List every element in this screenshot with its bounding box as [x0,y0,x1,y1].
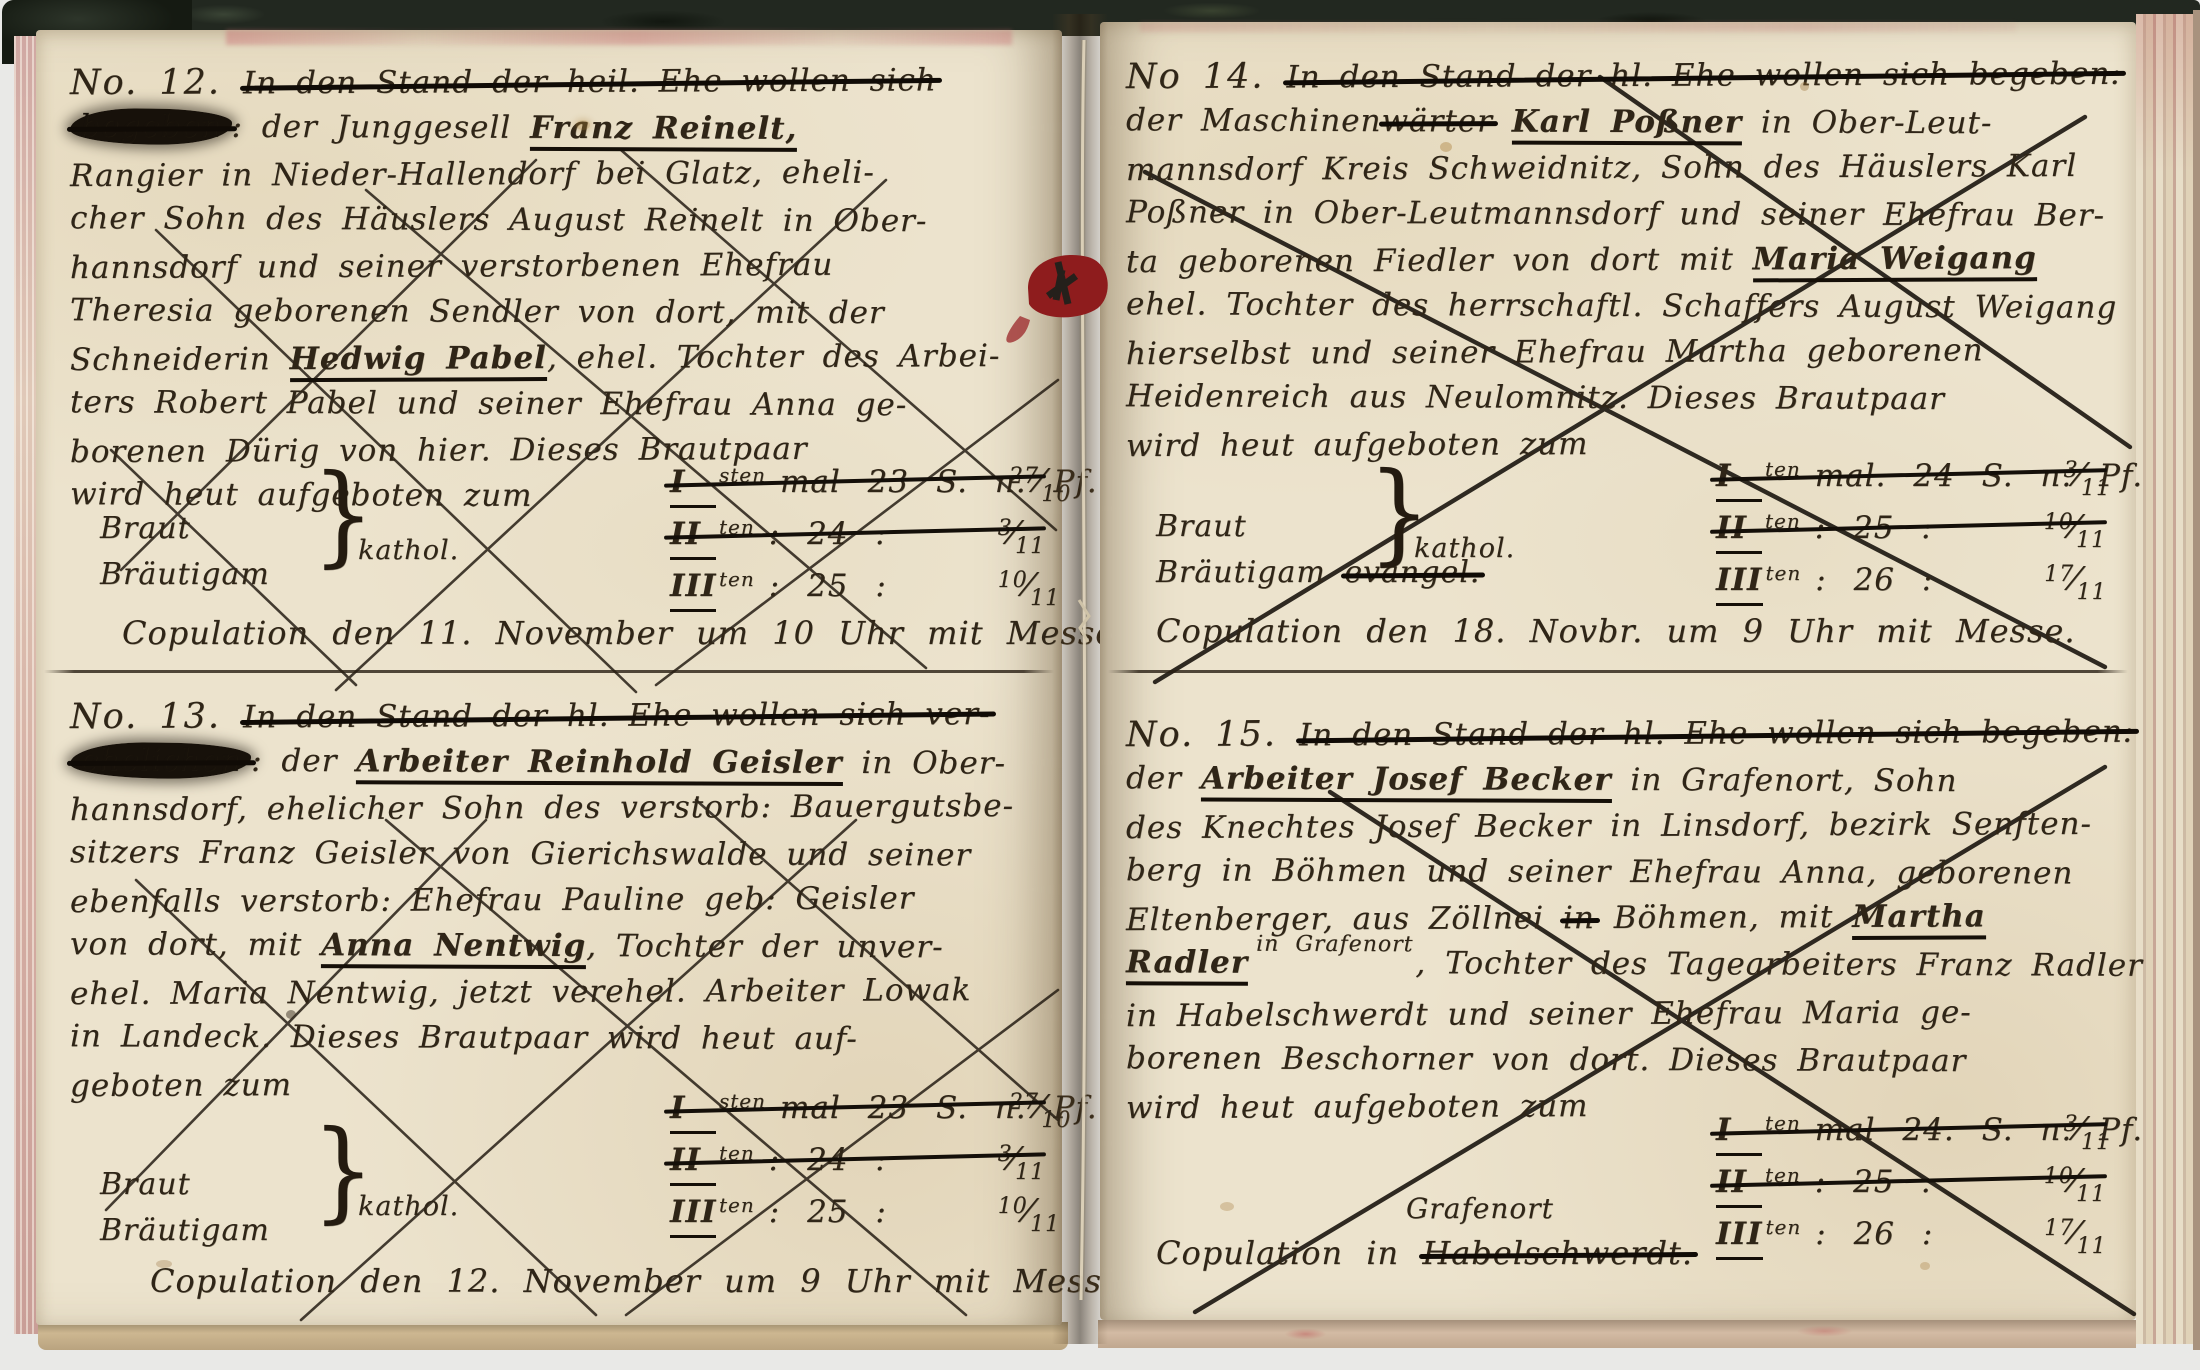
underlined-name: Arbeiter Reinhold Geisler [356,743,842,786]
confession-block: BrautBräutigam evangel.}kathol. [1156,504,1516,604]
struck-text: In den Stand der heil. Ehe wollen sich [243,62,937,101]
text-run: hierselbst und seiner Ehefrau Martha geb… [1126,332,1984,372]
banns-date: : 24 : [769,511,984,557]
manuscript-line: borenen Beschorner von dort. Dieses Brau… [1126,1035,2116,1084]
text-run: in Grafenort, Sohn [1612,762,1958,799]
text-run: ehel. Maria Nentwig, jetzt verehel. Arbe… [70,972,971,1012]
manuscript-line: ters Robert Pabel und seiner Ehefrau Ann… [70,379,1050,428]
register-entry-15: No. 15.In den Stand der hl. Ehe wollen s… [1126,710,2116,1310]
text-run: Theresia geborenen Sendler von dort, mit… [70,292,885,331]
banns-ordinal: sten [719,1078,766,1124]
text-run [1493,104,1512,140]
text-run: in Landeck. Dieses Brautpaar wird heut a… [70,1018,858,1057]
text-run: wird heut aufgeboten zum [1126,1088,1589,1126]
underlined-name: Radler [1126,944,1248,985]
banns-corrected-date: 10⁄11 [2044,504,2106,555]
banns-roman-numeral: I [1716,453,1762,502]
banns-date: : 26 : [1815,557,2030,603]
confession-block: BrautBräutigam}kathol. [100,506,460,606]
banns-ordinal: ten [1765,498,1801,544]
text-run: , Tochter der unver- [586,928,944,965]
entry-number: No. 15. [1126,715,1277,756]
fraction-denominator: 11 [2077,570,2107,616]
copulation-line: Copulation den 11. November um 10 Uhr mi… [122,610,1126,656]
copulation-place-correction: Grafenort [1406,1186,1554,1232]
text-run: sitzers Franz Geisler von Gierichswalde … [70,834,971,873]
text-run: ehel. Tochter des herrschaftl. Schaffers… [1126,286,2117,325]
text-run: cher Sohn des Häuslers August Reinelt in… [70,200,927,239]
fraction-numerator: 10 [2044,500,2074,546]
banns-row: IIten: 24 :3⁄11 [670,1136,1050,1182]
banns-corrected-date: 17⁄11 [2044,1210,2106,1261]
text-run: ebenfalls verstorb: Ehefrau Pauline geb:… [70,880,915,920]
fraction-numerator: 17 [2044,552,2074,598]
banns-dates-table: Istenmal 23 S. n. Pf.27⁄10IIten: 24 :3⁄1… [670,458,1050,608]
underlined-name: Maria Weigang [1753,240,2037,282]
manuscript-line: in Habelschwerdt und seiner Ehefrau Mari… [1126,989,2116,1039]
manuscript-line: ebenfalls verstorb: Ehefrau Pauline geb:… [70,875,1050,925]
text-run: , ehel. Tochter des Arbei- [547,338,1001,376]
banns-corrected-date: 3⁄11 [2064,1106,2111,1157]
underlined-name: Anna Nentwig [321,927,586,969]
manuscript-line: ehelichen: der Arbeiter Reinhold Geisler… [70,737,1050,786]
text-run: ters Robert Pabel und seiner Ehefrau Ann… [70,384,907,423]
text-run: hannsdorf und seiner verstorbenen Ehefra… [70,247,833,286]
banns-date: : 24 : [769,1137,984,1183]
manuscript-line: mannsdorf Kreis Schweidnitz, Sohn des Hä… [1126,143,2116,193]
text-run: , Tochter des Tagearbeiters Franz Radler [1415,945,2143,984]
register-entry-12: No. 12.In den Stand der heil. Ehe wollen… [70,58,1050,662]
entry-number: No 14. [1126,57,1265,98]
banns-ordinal: ten [1765,1100,1801,1146]
right-page: No 14.In den Stand der hl. Ehe wollen si… [1100,22,2136,1320]
struck-text: In den Stand der hl. Ehe wollen sich ver… [243,696,991,735]
manuscript-line: hannsdorf und seiner verstorbenen Ehefra… [70,241,1050,291]
banns-row: IIIten: 25 :10⁄11 [670,562,1050,608]
entry-number: No. 13. [70,696,221,737]
entry-divider [1108,670,2128,673]
banns-corrected-date: 10⁄11 [2044,1158,2106,1209]
bride-label: Braut [1156,504,1247,550]
banns-row: IIIten: 25 :10⁄11 [670,1188,1050,1234]
banns-date: mal. 24 S. n. Pf. [1815,453,2050,499]
manuscript-line: der Arbeiter Josef Becker in Grafenort, … [1126,755,2116,804]
text-run: in Grafenort [1256,922,1414,969]
fraction-numerator: 27 [1009,454,1039,500]
copulation-line: Copulation den 18. Novbr. um 9 Uhr mit M… [1156,608,2075,654]
banns-ordinal: ten [1766,1204,1802,1250]
binding-gutter [1052,14,1108,1344]
fraction-numerator: 3 [998,1132,1013,1178]
banns-corrected-date: 17⁄11 [2044,556,2106,607]
register-book-photo: No. 12.In den Stand der heil. Ehe wollen… [0,0,2200,1370]
banns-roman-numeral: II [670,511,716,560]
struck-text: Habelschwerdt. [1422,1234,1693,1272]
banns-row: IIIten: 26 :17⁄11 [1716,1210,2111,1256]
underlined-name: Hedwig Pabel [289,340,547,382]
struck-text: In den Stand der hl. Ehe wollen sich beg… [1299,714,2134,754]
manuscript-line: Schneiderin Hedwig Pabel, ehel. Tochter … [70,333,1050,383]
text-run: der Maschinen [1126,102,1382,139]
banns-date: : 25 : [769,1189,984,1235]
banns-roman-numeral: I [670,459,716,508]
banns-corrected-date: 3⁄11 [2064,452,2111,503]
text-run: : der [251,743,356,779]
manuscript-line: Radlerin Grafenort, Tochter des Tagearbe… [1126,939,2116,992]
banns-row: IIIten: 26 :17⁄11 [1716,556,2111,602]
struck-text: ehelichen [70,742,251,779]
fraction-denominator: 11 [2077,1224,2107,1270]
text-run: in Ober- [842,745,1006,782]
copulation-line: Copulation den 12. November um 9 Uhr mit… [150,1258,1122,1304]
banns-roman-numeral: II [670,1137,716,1186]
banns-roman-numeral: III [670,1189,716,1238]
manuscript-line: ehel. Maria Nentwig, jetzt verehel. Arbe… [70,967,1050,1017]
banns-ordinal: ten [719,504,755,550]
entry-number: No. 12. [70,62,221,103]
banns-date: : 26 : [1815,1211,2030,1257]
banns-corrected-date: 10⁄11 [998,562,1060,613]
banns-date: : 25 : [1815,1159,2030,1205]
manuscript-line: sitzers Franz Geisler von Gierichswalde … [70,829,1050,878]
register-entry-13: No. 13.In den Stand der hl. Ehe wollen s… [70,692,1050,1312]
manuscript-line: ehel. Tochter des herrschaftl. Schaffers… [1126,281,2116,330]
text-run: wird heut aufgeboten zum [1126,426,1589,464]
page-stack-right [2136,14,2200,1344]
text-run: : der Junggesell [231,109,530,146]
underlined-name: Arbeiter Josef Becker [1201,761,1612,803]
manuscript-line: begeben: der Junggesell Franz Reinelt, [70,103,1050,152]
banns-date: : 25 : [1815,505,2030,551]
text-run: Copulation den 12. November um 9 Uhr mit… [150,1262,1122,1300]
struck-text: In den Stand der hl. Ehe wollen sich beg… [1286,56,2121,96]
banns-ordinal: ten [719,556,755,602]
groom-label: Bräutigam [100,1208,270,1254]
text-run: des Knechtes Josef Becker in Linsdorf, b… [1126,806,2092,846]
page-stack-right-edge [2193,10,2200,1350]
banns-roman-numeral: I [1716,1107,1762,1156]
manuscript-line: hannsdorf, ehelicher Sohn des verstorb: … [70,783,1050,833]
banns-dates-table: Istenmal 23 S. n. Pf.27⁄10IIten: 24 :3⁄1… [670,1084,1050,1234]
manuscript-line: ta geborenen Fiedler von dort mit Maria … [1126,235,2116,285]
banns-roman-numeral: II [1716,1159,1762,1208]
underlined-name: Martha [1852,898,1986,940]
banns-date: mal 24. S. n. Pf. [1815,1107,2050,1153]
groom-label: Bräutigam [100,552,270,598]
banns-roman-numeral: I [670,1085,716,1134]
banns-row: IIten: 25 :10⁄11 [1716,1158,2111,1204]
banns-dates-table: Itenmal 24. S. n. Pf.3⁄11IIten: 25 :10⁄1… [1716,1106,2111,1256]
manuscript-line: Heidenreich aus Neulomnitz. Dieses Braut… [1126,373,2116,422]
banns-dates-table: Itenmal. 24 S. n. Pf.3⁄11IIten: 25 :10⁄1… [1716,452,2111,602]
manuscript-line: Poßner in Ober-Leutmannsdorf und seiner … [1126,189,2116,238]
text-run: der [1126,760,1201,796]
fraction-numerator: 10 [2044,1154,2074,1200]
manuscript-line: berg in Böhmen und seiner Ehefrau Anna, … [1126,847,2116,896]
manuscript-line: des Knechtes Josef Becker in Linsdorf, b… [1126,801,2116,851]
banns-row: IIten: 25 :10⁄11 [1716,504,2111,550]
struck-text: in [1563,900,1595,936]
banns-ordinal: ten [1765,446,1801,492]
manuscript-line: hierselbst und seiner Ehefrau Martha geb… [1126,327,2116,377]
struck-text: wärter [1381,103,1493,139]
text-run: in Ober-Leut- [1742,104,1992,141]
fraction-numerator: 27 [1009,1080,1039,1126]
page-block-bottom-edge-left [38,1322,1068,1350]
fraction-numerator: 3 [998,506,1013,552]
struck-text: begeben [70,108,232,145]
banns-roman-numeral: III [670,563,716,612]
fraction-numerator: 10 [998,1184,1028,1230]
confession-value: kathol. [358,528,459,574]
bride-label: Braut [100,1162,191,1208]
banns-corrected-date: 10⁄11 [998,1188,1060,1239]
text-run: Rangier in Nieder-Hallendorf bei Glatz, … [70,155,875,195]
text-run: Schneiderin [70,341,290,378]
text-run: Poßner in Ober-Leutmannsdorf und seiner … [1126,194,2105,233]
banns-date: : 25 : [769,563,984,609]
banns-row: Itenmal. 24 S. n. Pf.3⁄11 [1716,452,2111,498]
text-run: Böhmen, mit [1595,899,1852,936]
manuscript-line: No. 13.In den Stand der hl. Ehe wollen s… [70,690,1050,741]
banns-ordinal: ten [719,1182,755,1228]
text-run: borenen Beschorner von dort. Dieses Brau… [1126,1040,1967,1079]
banns-corrected-date: 3⁄11 [998,510,1045,561]
copulation-line: GrafenortCopulation in Habelschwerdt. [1156,1230,1693,1276]
fraction-numerator: 3 [2064,448,2079,494]
banns-ordinal: ten [1766,550,1802,596]
manuscript-line: No 14.In den Stand der hl. Ehe wollen si… [1126,50,2116,101]
banns-roman-numeral: III [1716,557,1763,606]
banns-row: IIten: 24 :3⁄11 [670,510,1050,556]
manuscript-line: in Landeck. Dieses Brautpaar wird heut a… [70,1013,1050,1062]
manuscript-line: No. 12.In den Stand der heil. Ehe wollen… [70,56,1050,107]
fraction-numerator: 17 [2044,1206,2074,1252]
banns-corrected-date: 3⁄11 [998,1136,1045,1187]
text-run: Copulation in [1156,1234,1422,1272]
underlined-name: Karl Poßner [1512,104,1742,146]
manuscript-line: der Maschinenwärter Karl Poßner in Ober-… [1126,97,2116,146]
banns-ordinal: ten [1765,1152,1801,1198]
banns-date: mal 23 S. n. Pf. [780,459,995,505]
underlined-name: Franz Reinelt, [530,110,797,152]
text-run: hannsdorf, ehelicher Sohn des verstorb: … [70,788,1014,828]
left-page: No. 12.In den Stand der heil. Ehe wollen… [36,30,1062,1325]
text-run: ta geborenen Fiedler von dort mit [1126,241,1753,280]
banns-date: mal 23 S. n. Pf. [780,1085,995,1131]
banns-row: Istenmal 23 S. n. Pf.27⁄10 [670,1084,1050,1130]
confession-value: kathol. [1414,526,1515,572]
confession-block: BrautBräutigam}kathol. [100,1162,460,1262]
text-run: von dort, mit [70,926,321,963]
banns-row: Itenmal 24. S. n. Pf.3⁄11 [1716,1106,2111,1152]
text-run: berg in Böhmen und seiner Ehefrau Anna, … [1126,852,2073,891]
banns-roman-numeral: III [1716,1211,1763,1260]
text-run: in Habelschwerdt und seiner Ehefrau Mari… [1126,994,1972,1034]
text-run: Copulation den 11. November um 10 Uhr mi… [122,614,1126,652]
banns-row: Istenmal 23 S. n. Pf.27⁄10 [670,458,1050,504]
banns-ordinal: sten [719,452,766,498]
page-block-bottom-edge-right [1098,1320,2136,1348]
confession-value: kathol. [358,1184,459,1230]
banns-ordinal: ten [719,1130,755,1176]
text-run: Copulation den 18. Novbr. um 9 Uhr mit M… [1156,612,2075,650]
text-run: geboten zum [70,1067,292,1104]
manuscript-line: No. 15.In den Stand der hl. Ehe wollen s… [1126,708,2116,759]
text-run: mannsdorf Kreis Schweidnitz, Sohn des Hä… [1126,148,2077,188]
banns-roman-numeral: II [1716,505,1762,554]
fraction-numerator: 3 [2064,1102,2079,1148]
entry-divider [44,670,1054,673]
text-run: Heidenreich aus Neulomnitz. Dieses Braut… [1126,378,1945,417]
manuscript-line: Rangier in Nieder-Hallendorf bei Glatz, … [70,149,1050,199]
manuscript-line: cher Sohn des Häuslers August Reinelt in… [70,195,1050,244]
fraction-numerator: 10 [998,558,1028,604]
bride-label: Braut [100,506,191,552]
register-entry-14: No 14.In den Stand der hl. Ehe wollen si… [1126,52,2116,662]
manuscript-line: Theresia geborenen Sendler von dort, mit… [70,287,1050,336]
manuscript-line: von dort, mit Anna Nentwig, Tochter der … [70,921,1050,970]
